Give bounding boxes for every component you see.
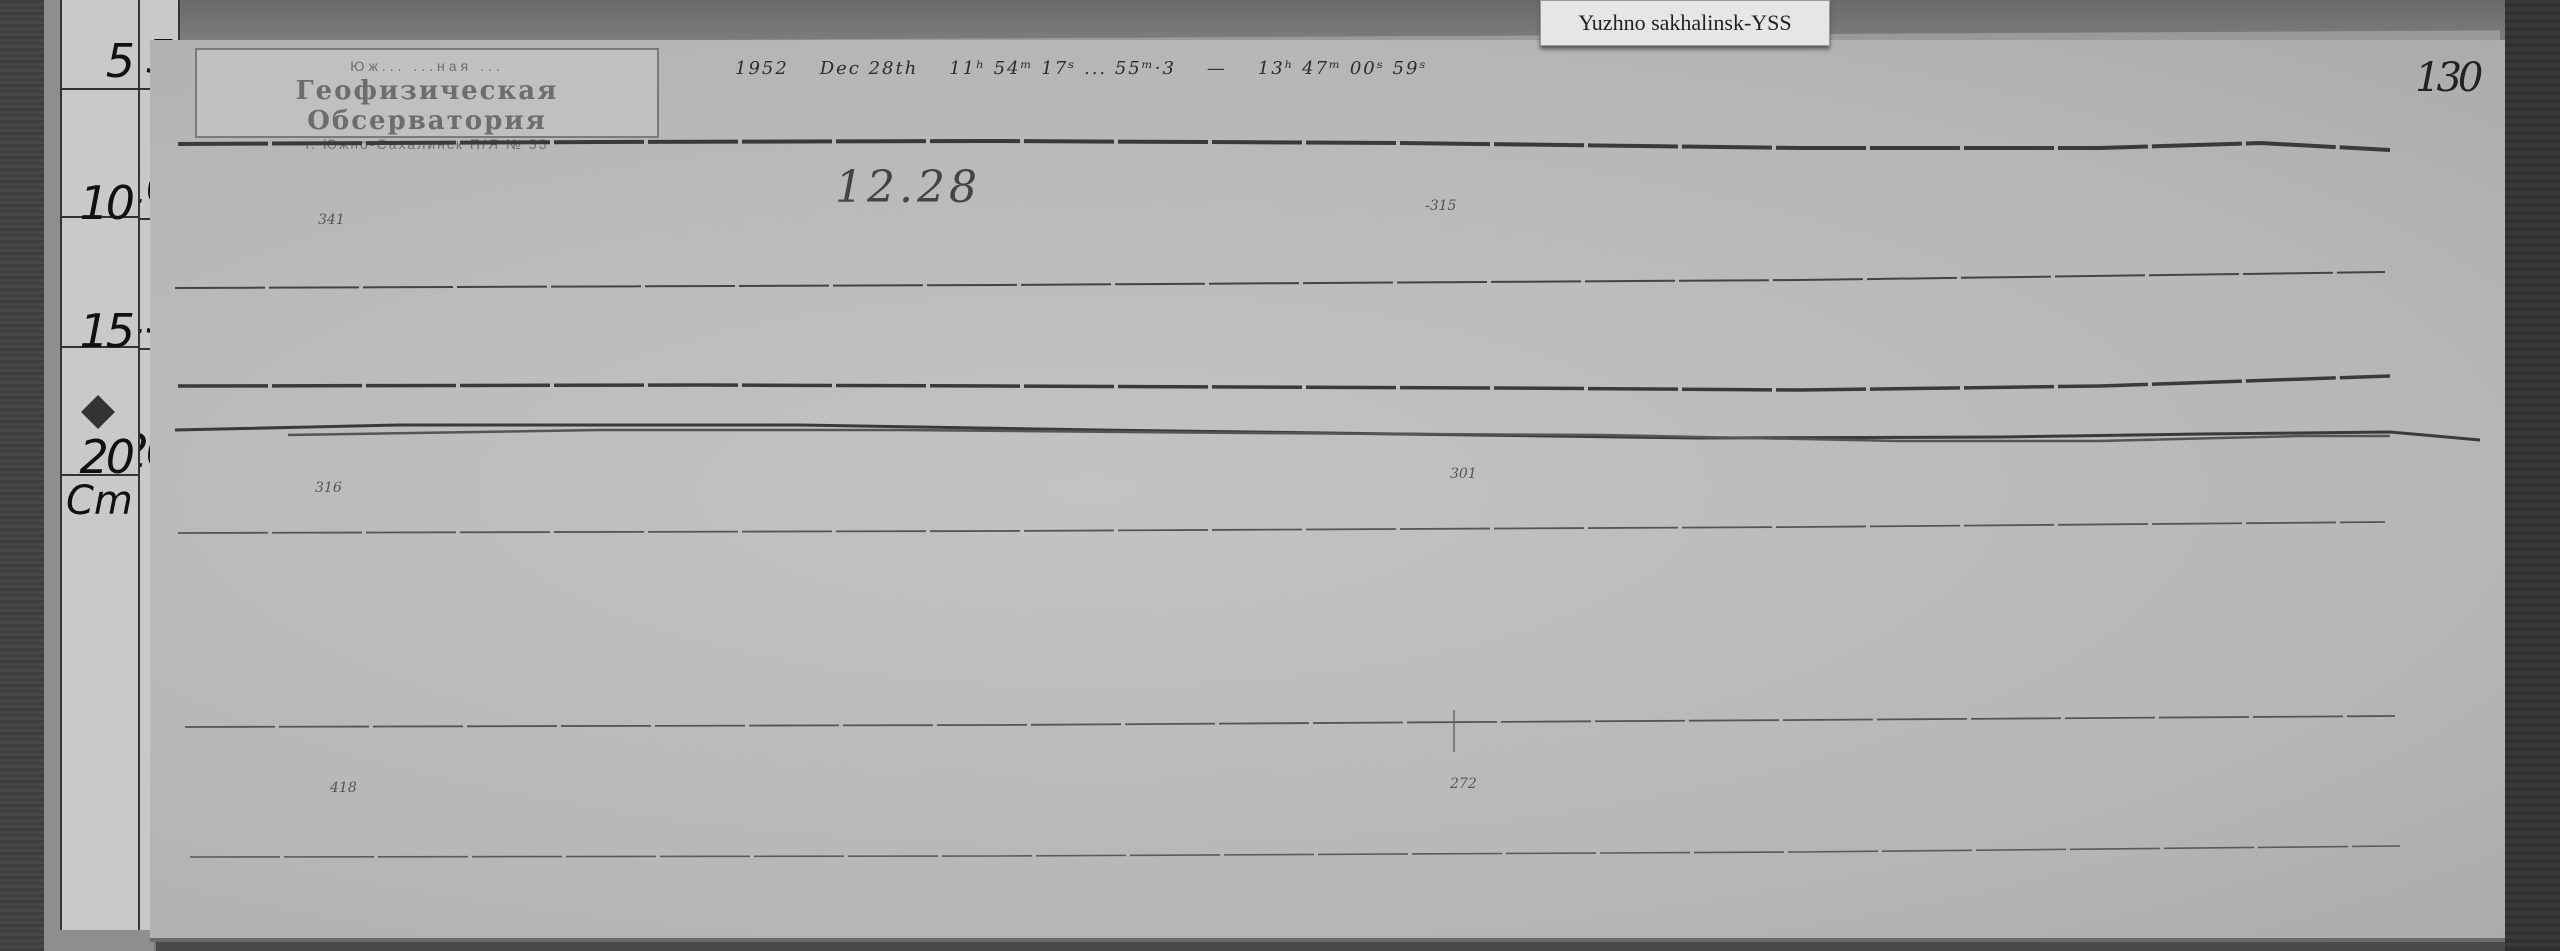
baseline-3 <box>185 716 2395 727</box>
magnetogram-traces <box>0 0 2560 951</box>
baseline-1 <box>175 272 2385 288</box>
baseline-2 <box>178 522 2385 533</box>
trace-2 <box>178 376 2390 390</box>
trace-1 <box>178 141 2390 150</box>
baseline-4 <box>190 846 2400 857</box>
